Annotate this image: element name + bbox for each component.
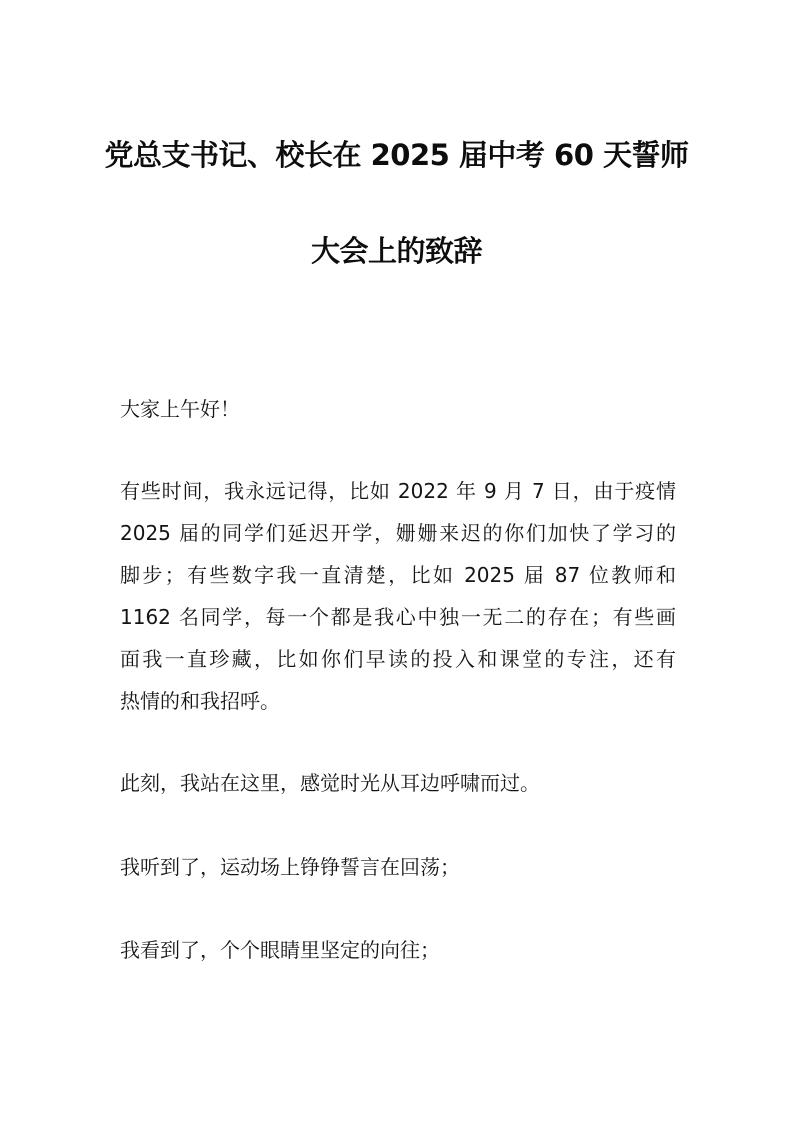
main-paragraph-line: 2025 届的同学们延迟开学，姗姗来迟的你们加快了学习的	[120, 512, 676, 554]
main-paragraph-line: 有些时间，我永远记得，比如 2022 年 9 月 7 日，由于疫情	[120, 470, 676, 512]
document-page: 党总支书记、校长在 2025 届中考 60 天誓师 大会上的致辞 大家上午好！ …	[0, 0, 793, 1122]
saw-paragraph: 我看到了，个个眼睛里坚定的向往；	[120, 929, 676, 971]
main-paragraph: 有些时间，我永远记得，比如 2022 年 9 月 7 日，由于疫情 2025 届…	[120, 470, 676, 722]
heard-paragraph: 我听到了，运动场上铮铮誓言在回荡；	[120, 846, 676, 888]
main-paragraph-line: 热情的和我招呼。	[120, 680, 676, 722]
document-title-line-2: 大会上的致辞	[0, 229, 793, 270]
main-paragraph-line: 脚步；有些数字我一直清楚，比如 2025 届 87 位教师和	[120, 554, 676, 596]
main-paragraph-line: 面我一直珍藏，比如你们早读的投入和课堂的专注，还有	[120, 638, 676, 680]
greeting-paragraph: 大家上午好！	[120, 388, 676, 430]
document-title-line-1: 党总支书记、校长在 2025 届中考 60 天誓师	[0, 133, 793, 174]
moment-paragraph: 此刻，我站在这里，感觉时光从耳边呼啸而过。	[120, 762, 676, 804]
main-paragraph-line: 1162 名同学，每一个都是我心中独一无二的存在；有些画	[120, 596, 676, 638]
